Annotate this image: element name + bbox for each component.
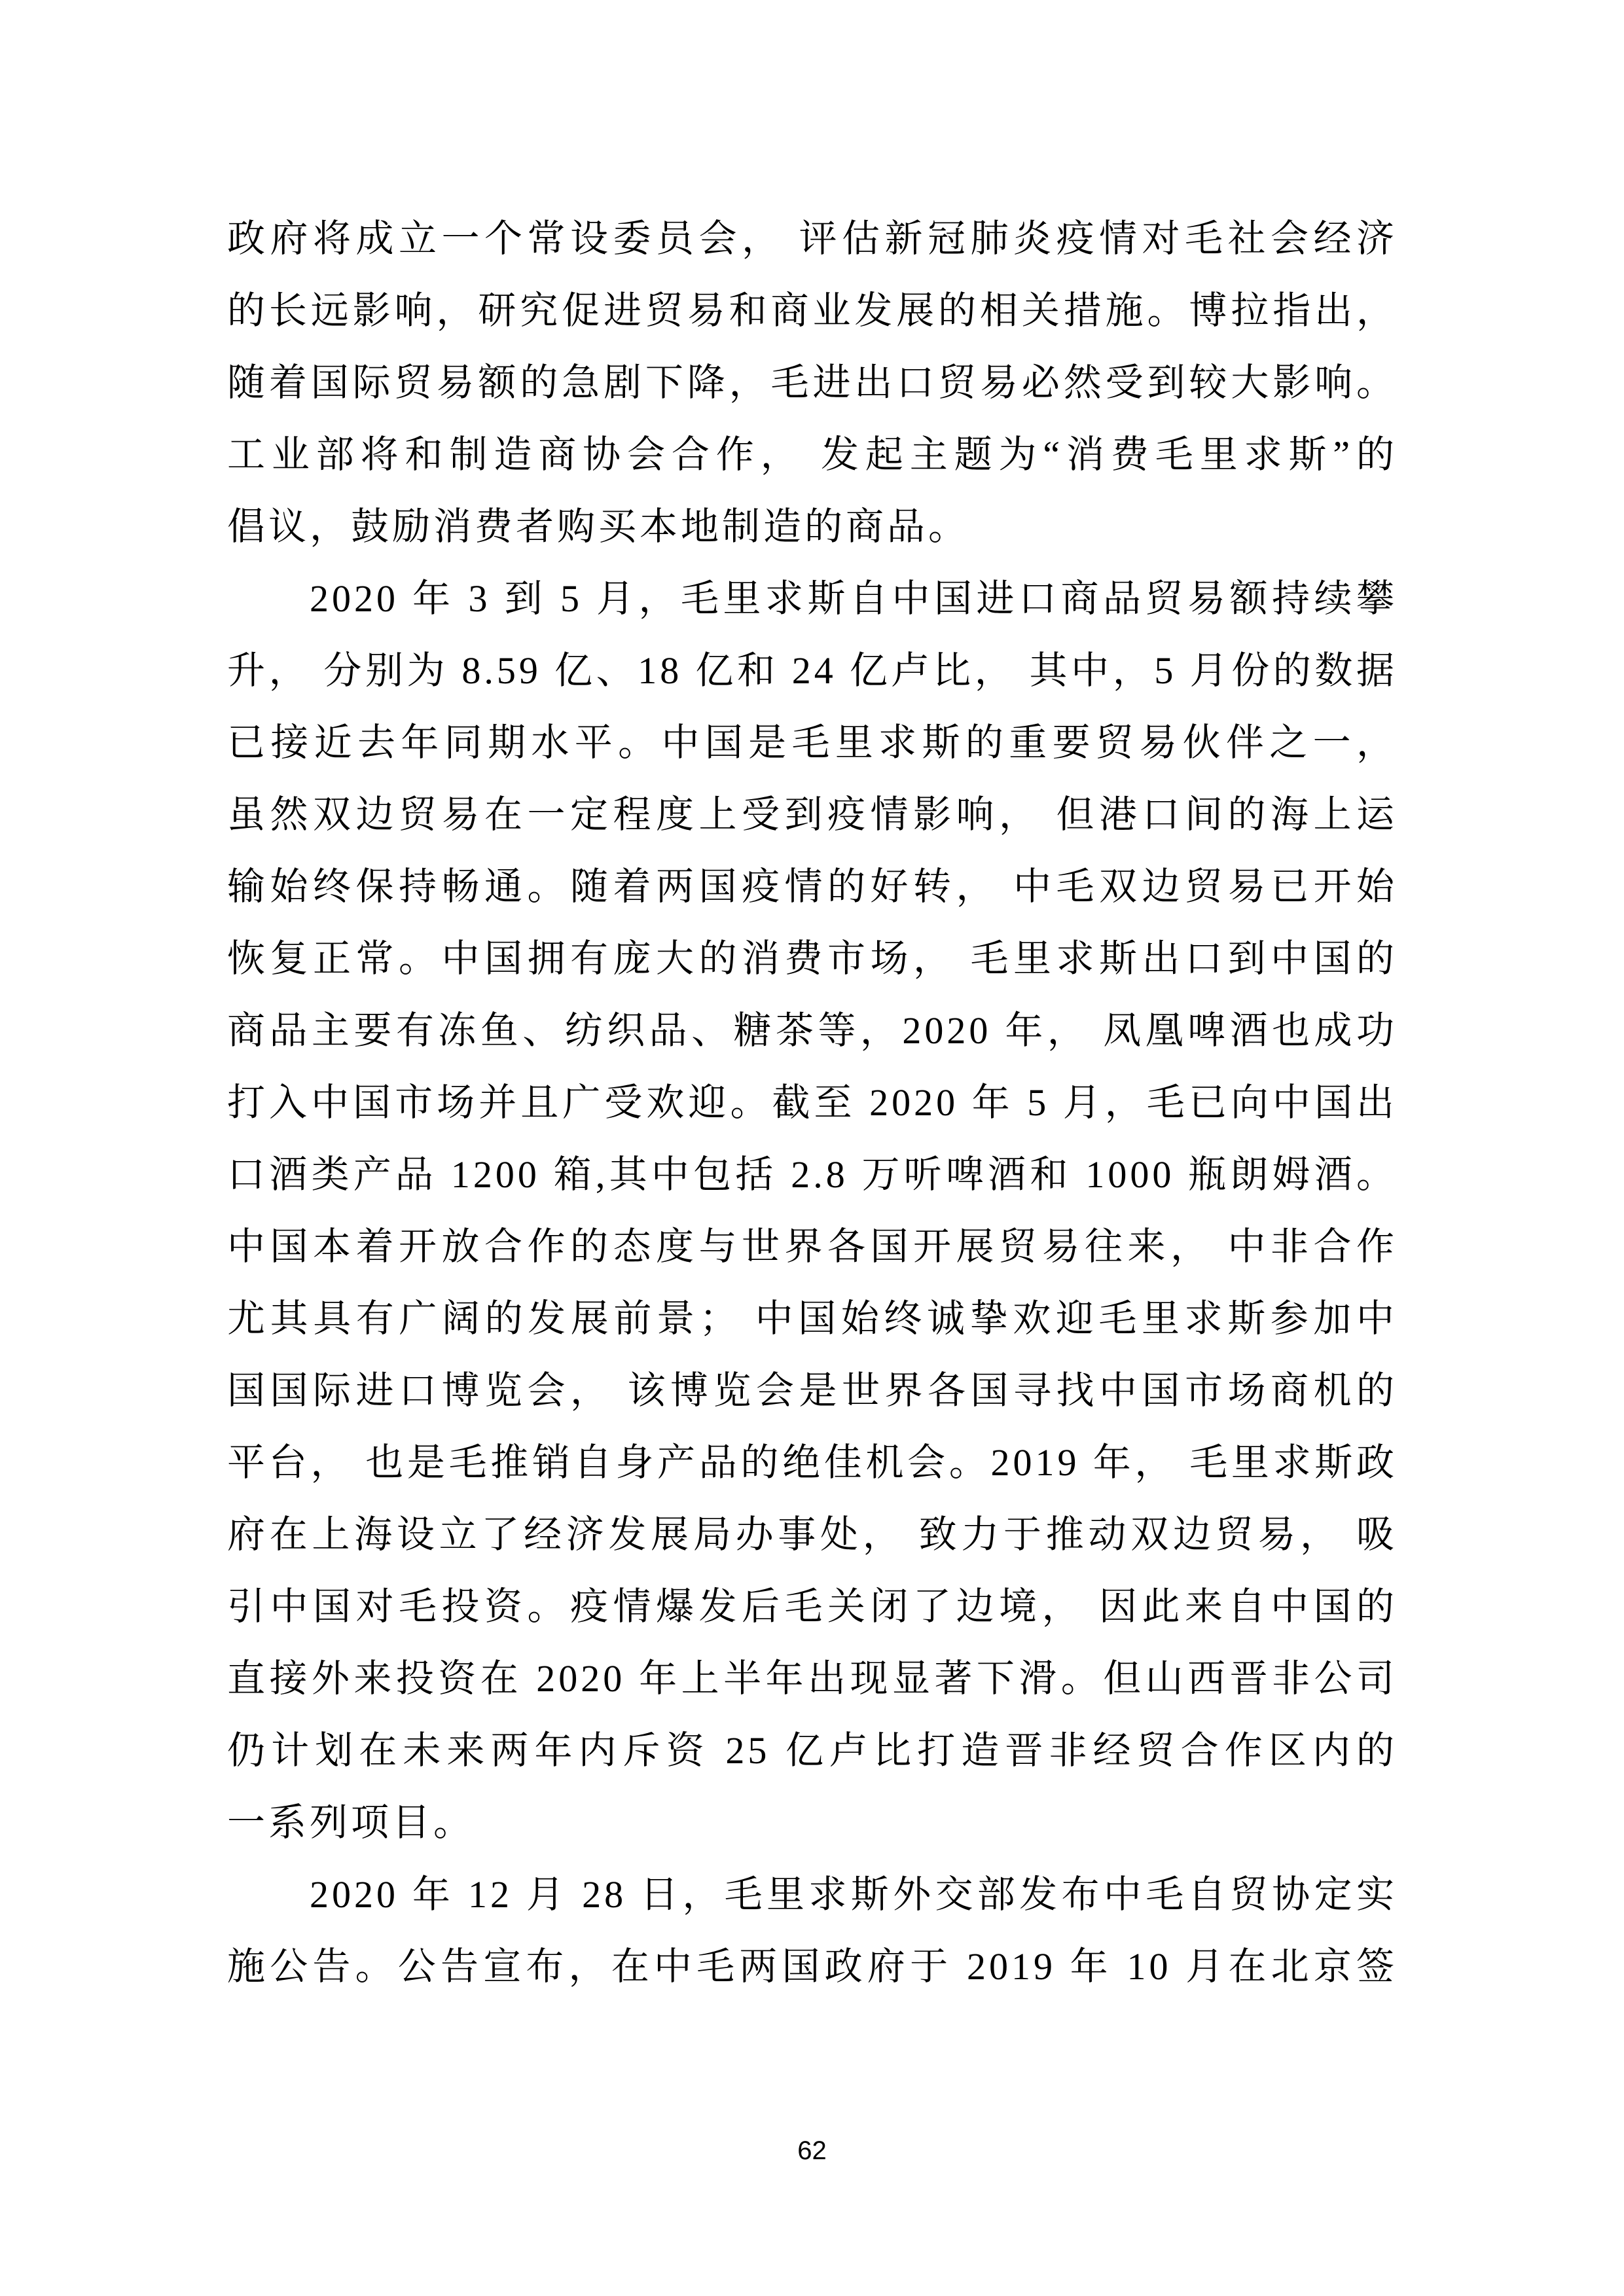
text-line: 平台， 也是毛推销自身产品的绝佳机会。2019 年， 毛里求斯政 xyxy=(227,1427,1398,1499)
text-line: 直接外来投资在 2020 年上半年出现显著下滑。但山西晋非公司 xyxy=(227,1643,1398,1715)
text-line: 倡议，鼓励消费者购买本地制造的商品。 xyxy=(227,491,1398,563)
text-line: 尤其具有广阔的发展前景； 中国始终诚挚欢迎毛里求斯参加中 xyxy=(227,1283,1398,1355)
text-line: 一系列项目。 xyxy=(227,1787,1398,1859)
text-line: 中国本着开放合作的态度与世界各国开展贸易往来， 中非合作 xyxy=(227,1211,1398,1283)
text-line: 打入中国市场并且广受欢迎。截至 2020 年 5 月，毛已向中国出 xyxy=(227,1067,1398,1139)
text-line: 商品主要有冻鱼、纺织品、糖茶等，2020 年， 凤凰啤酒也成功 xyxy=(227,995,1398,1067)
text-line: 政府将成立一个常设委员会， 评估新冠肺炎疫情对毛社会经济 xyxy=(227,203,1398,275)
text-line: 口酒类产品 1200 箱,其中包括 2.8 万听啤酒和 1000 瓶朗姆酒。 xyxy=(227,1139,1398,1211)
text-line: 2020 年 12 月 28 日，毛里求斯外交部发布中毛自贸协定实 xyxy=(227,1859,1398,1931)
text-line: 府在上海设立了经济发展局办事处， 致力于推动双边贸易， 吸 xyxy=(227,1499,1398,1571)
text-line: 国国际进口博览会， 该博览会是世界各国寻找中国市场商机的 xyxy=(227,1355,1398,1427)
text-line: 恢复正常。中国拥有庞大的消费市场， 毛里求斯出口到中国的 xyxy=(227,923,1398,995)
text-line: 输始终保持畅通。随着两国疫情的好转， 中毛双边贸易已开始 xyxy=(227,851,1398,923)
text-line: 的长远影响，研究促进贸易和商业发展的相关措施。博拉指出， xyxy=(227,275,1398,347)
text-line: 工业部将和制造商协会合作， 发起主题为“消费毛里求斯”的 xyxy=(227,419,1398,491)
text-line: 2020 年 3 到 5 月，毛里求斯自中国进口商品贸易额持续攀 xyxy=(227,563,1398,635)
document-page: 政府将成立一个常设委员会， 评估新冠肺炎疫情对毛社会经济的长远影响，研究促进贸易… xyxy=(0,0,1624,2296)
text-line: 已接近去年同期水平。中国是毛里求斯的重要贸易伙伴之一， xyxy=(227,707,1398,779)
text-line: 随着国际贸易额的急剧下降，毛进出口贸易必然受到较大影响。 xyxy=(227,347,1398,419)
text-line: 升， 分别为 8.59 亿、18 亿和 24 亿卢比， 其中，5 月份的数据 xyxy=(227,635,1398,707)
document-body: 政府将成立一个常设委员会， 评估新冠肺炎疫情对毛社会经济的长远影响，研究促进贸易… xyxy=(227,203,1398,2003)
text-line: 引中国对毛投资。疫情爆发后毛关闭了边境， 因此来自中国的 xyxy=(227,1571,1398,1643)
text-line: 仍计划在未来两年内斥资 25 亿卢比打造晋非经贸合作区内的 xyxy=(227,1715,1398,1787)
text-line: 施公告。公告宣布，在中毛两国政府于 2019 年 10 月在北京签 xyxy=(227,1931,1398,2003)
page-number: 62 xyxy=(0,2136,1624,2166)
text-line: 虽然双边贸易在一定程度上受到疫情影响， 但港口间的海上运 xyxy=(227,779,1398,851)
